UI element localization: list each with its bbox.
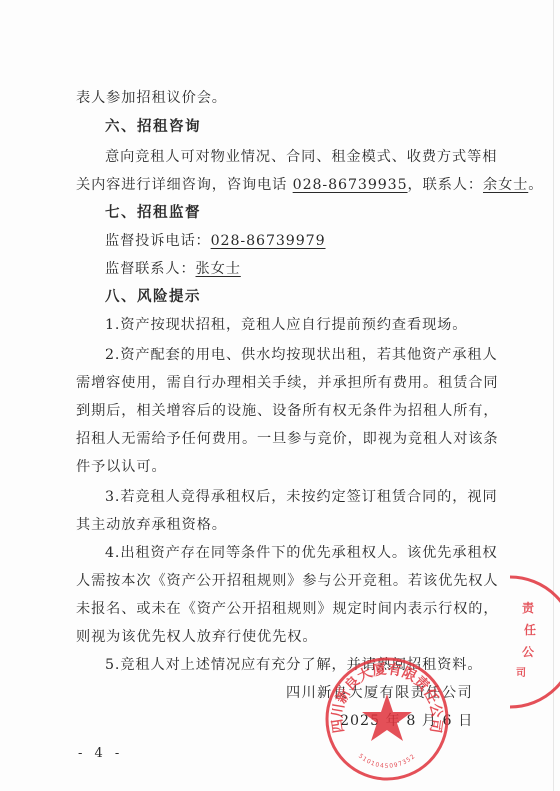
svg-text:任: 任 xyxy=(524,622,536,637)
paragraph-line: 件予以认可。 xyxy=(76,458,167,476)
supervision-phone: 028-86739979 xyxy=(211,233,326,249)
paragraph-line: 需增容使用，需自行办理相关手续，并承担所有费用。租赁合同 xyxy=(76,374,498,392)
consultation-contact-line: 关内容进行详细咨询，咨询电话 028-86739935，联系人：余女士。 xyxy=(76,176,543,194)
supervision-contact-name: 张女士 xyxy=(196,261,241,277)
paragraph-line: 意向竞租人可对物业情况、合同、租金模式、收费方式等相 xyxy=(105,148,497,166)
label: 监督联系人： xyxy=(105,261,196,277)
section-heading-supervision: 七、招租监督 xyxy=(105,204,201,222)
section-heading-consultation: 六、招租咨询 xyxy=(105,118,201,136)
risk-item-2: 2.资产配套的用电、供水均按现状出租，若其他资产承租人 xyxy=(105,346,498,364)
risk-item-4: 4.出租资产存在同等条件下的优先承租权人。该优先承租权 xyxy=(105,544,498,562)
page-number: - 4 - xyxy=(78,746,123,761)
paragraph-line: 未报名、或未在《资产公开招租规则》规定时间内表示行权的， xyxy=(76,600,498,618)
page-edge xyxy=(553,0,554,791)
paragraph-line: 人需按本次《资产公开招租规则》参与公开竞租。若该优先权人 xyxy=(76,572,498,590)
paragraph-line: 招租人无需给予任何费用。一旦参与竞价，即视为竞租人对该条 xyxy=(76,430,498,448)
consultation-phone: 028-86739935 xyxy=(293,177,408,193)
text: 关内容进行详细咨询，咨询电话 xyxy=(76,177,293,193)
svg-text:5101045097352: 5101045097352 xyxy=(357,753,417,770)
section-heading-risk: 八、风险提示 xyxy=(105,288,201,306)
signature-company: 四川新良大厦有限责任公司 xyxy=(286,684,473,702)
paragraph-line: 其主动放弃承租资格。 xyxy=(76,516,227,534)
paragraph-line: 到期后，相关增容后的设施、设备所有权无条件为招租人所有， xyxy=(76,402,498,420)
risk-item-3: 3.若竞租人竞得承租权后，未按约定签订租赁合同的，视同 xyxy=(105,488,498,506)
signature-date: 2025 年 8 月 6 日 xyxy=(340,712,473,730)
svg-text:责: 责 xyxy=(522,600,535,615)
supervision-phone-line: 监督投诉电话：028-86739979 xyxy=(105,232,326,250)
svg-text:司: 司 xyxy=(516,666,526,679)
risk-item-1: 1.资产按现状招租，竞租人应自行提前预约查看现场。 xyxy=(105,316,467,334)
supervision-contact-line: 监督联系人：张女士 xyxy=(105,260,241,278)
risk-item-5: 5.竞租人对上述情况应有充分了解，并请熟阅招租资料。 xyxy=(105,656,482,674)
paragraph-line: 则视为该优先权人放弃行使优先权。 xyxy=(76,628,317,646)
paragraph-line: 表人参加招租议价会。 xyxy=(76,89,227,107)
label: 监督投诉电话： xyxy=(105,233,211,249)
text: ，联系人： xyxy=(408,177,483,193)
text: 。 xyxy=(528,177,543,193)
consultation-contact-name: 余女士 xyxy=(483,177,528,193)
partial-seal-icon: 责 任 公 司 xyxy=(500,572,560,712)
svg-text:公: 公 xyxy=(522,645,534,659)
